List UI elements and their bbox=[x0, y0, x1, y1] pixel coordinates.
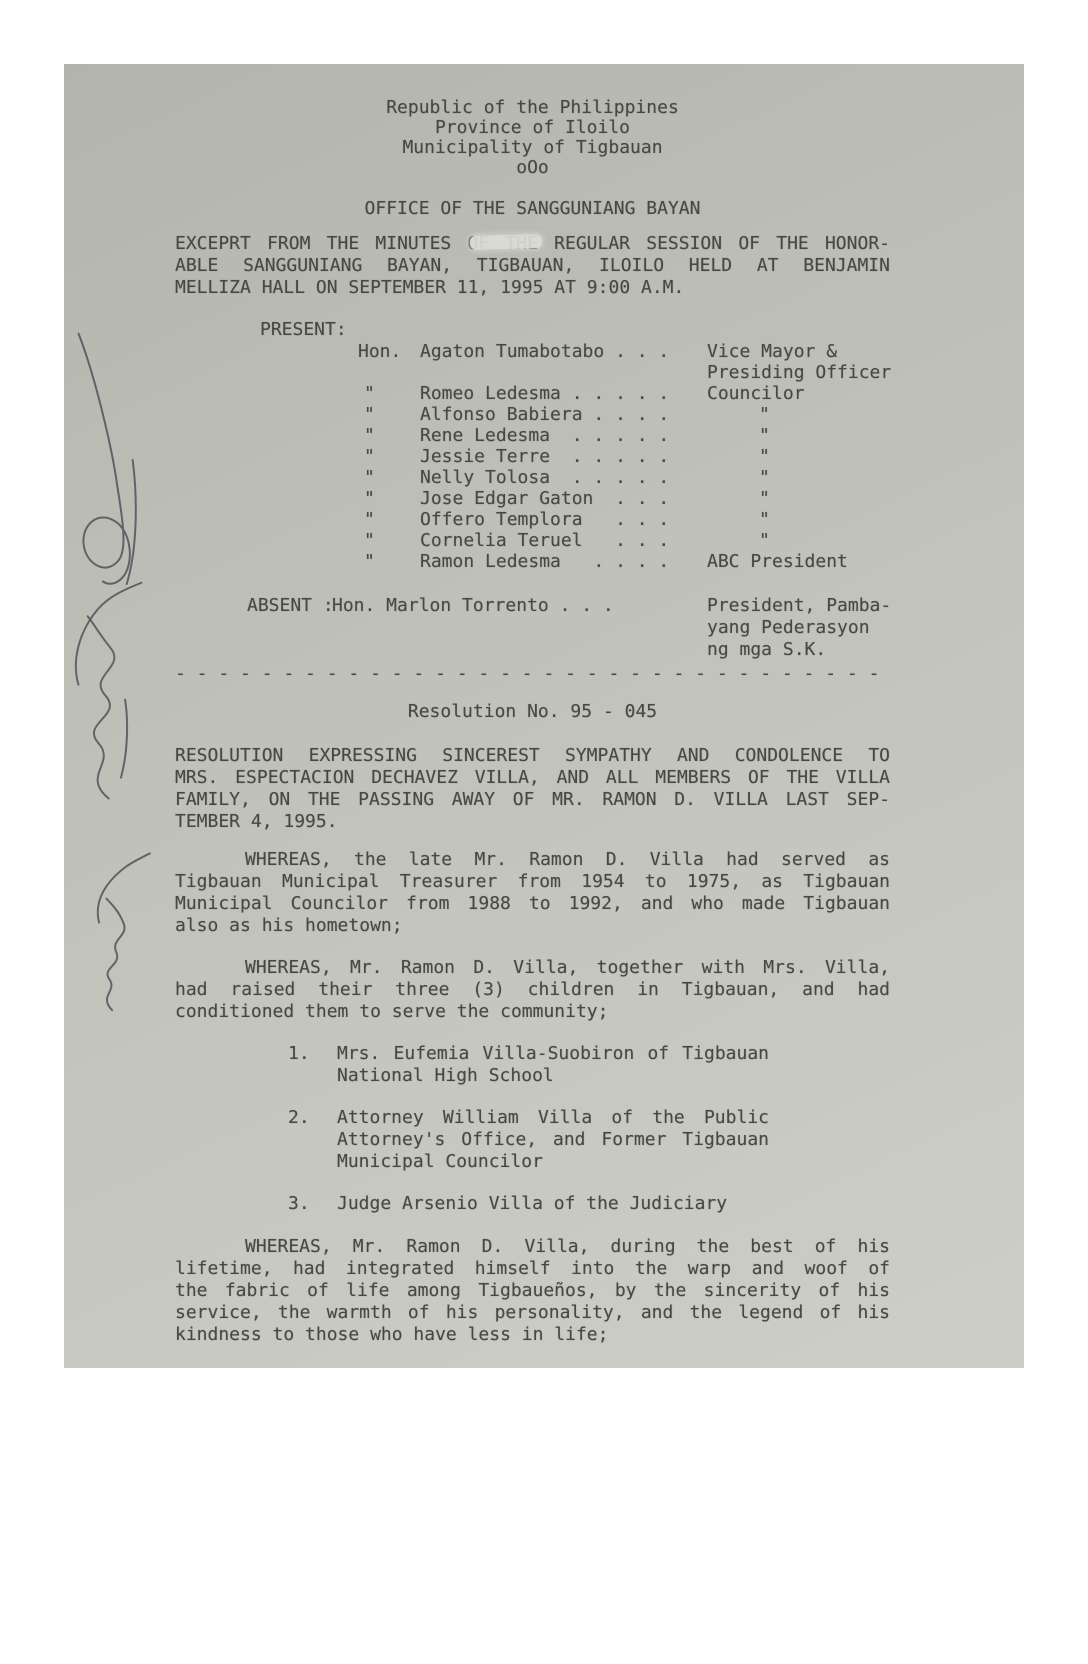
list-item-line: Attorney William Villa of the Public bbox=[337, 1107, 769, 1129]
margin-signature-top-icon bbox=[45, 321, 164, 609]
attendee-name: Alfonso Babiera . . . . bbox=[420, 404, 707, 425]
absent-row: ng mga S.K. bbox=[247, 639, 890, 661]
margin-signature-bottom-icon bbox=[68, 841, 157, 1019]
excerpt-line: MELLIZA HALL ON SEPTEMBER 11, 1995 AT 9:… bbox=[175, 277, 890, 299]
attendee-role: ABC President bbox=[707, 551, 848, 572]
resolution-title-line: RESOLUTION EXPRESSING SINCEREST SYMPATHY… bbox=[175, 745, 890, 767]
letterhead-line: Province of Iloilo bbox=[175, 118, 890, 138]
list-item-line: Judge Arsenio Villa of the Judiciary bbox=[337, 1193, 769, 1215]
list-item-line: National High School bbox=[337, 1065, 769, 1087]
attendee-name: Rene Ledesma . . . . . bbox=[420, 425, 707, 446]
whereas-paragraph-1: WHEREAS, the late Mr. Ramon D. Villa had… bbox=[175, 849, 890, 937]
absent-role: ng mga S.K. bbox=[707, 639, 826, 661]
paragraph-line: lifetime, had integrated himself into th… bbox=[175, 1258, 890, 1280]
excerpt-line: ABLE SANGGUNIANG BAYAN, TIGBAUAN, ILOILO… bbox=[175, 255, 890, 277]
attendee-role: Councilor bbox=[707, 383, 805, 404]
list-item-line: Mrs. Eufemia Villa-Suobiron of Tigbauan bbox=[337, 1043, 769, 1065]
attendee-name: Romeo Ledesma . . . . . bbox=[420, 383, 707, 404]
absent-label: ABSENT : bbox=[247, 595, 332, 617]
margin-signature-middle-icon bbox=[48, 571, 152, 808]
paragraph-line: kindness to those who have less in life; bbox=[175, 1324, 890, 1346]
letterhead: Republic of the Philippines Province of … bbox=[175, 98, 890, 178]
attendee-row: " Offero Templora . . . " bbox=[358, 509, 890, 530]
office-title: OFFICE OF THE SANGGUNIANG BAYAN bbox=[175, 198, 890, 220]
attendee-row: " Jessie Terre . . . . . " bbox=[358, 446, 890, 467]
resolution-title-line: MRS. ESPECTACION DECHAVEZ VILLA, AND ALL… bbox=[175, 767, 890, 789]
attendee-title: " bbox=[358, 530, 420, 551]
present-label: PRESENT: bbox=[260, 319, 890, 341]
attendee-name: Jose Edgar Gaton . . . bbox=[420, 488, 707, 509]
attendee-role-ditto: " bbox=[707, 488, 770, 509]
attendee-title: " bbox=[358, 446, 420, 467]
absent-name: Hon. Marlon Torrento . . . bbox=[332, 595, 707, 617]
attendee-row: Presiding Officer bbox=[358, 362, 890, 383]
paragraph-line: Tigbauan Municipal Treasurer from 1954 t… bbox=[175, 871, 890, 893]
attendee-row: " Ramon Ledesma . . . . ABC President bbox=[358, 551, 890, 572]
dashed-divider: - - - - - - - - - - - - - - - - - - - - … bbox=[175, 663, 890, 685]
paragraph-line: had raised their three (3) children in T… bbox=[175, 979, 890, 1001]
child-list-item: 1. Mrs. Eufemia Villa-Suobiron of Tigbau… bbox=[288, 1043, 890, 1087]
paragraph-line: WHEREAS, Mr. Ramon D. Villa, together wi… bbox=[175, 957, 890, 979]
paragraph-line: conditioned them to serve the community; bbox=[175, 1001, 890, 1023]
list-number: 2. bbox=[288, 1107, 337, 1173]
absent-row: ABSENT : Hon. Marlon Torrento . . . Pres… bbox=[247, 595, 890, 617]
attendee-role-ditto: " bbox=[707, 467, 770, 488]
attendee-role: Presiding Officer bbox=[707, 362, 891, 383]
attendee-title: " bbox=[358, 404, 420, 425]
attendee-title: " bbox=[358, 488, 420, 509]
list-item-line: Municipal Councilor bbox=[337, 1151, 769, 1173]
paragraph-line: the fabric of life among Tigbaueños, by … bbox=[175, 1280, 890, 1302]
attendee-title: " bbox=[358, 383, 420, 404]
absent-role: President, Pamba- bbox=[707, 595, 891, 617]
attendee-role-ditto: " bbox=[707, 404, 770, 425]
attendee-role-ditto: " bbox=[707, 509, 770, 530]
attendee-row: " Rene Ledesma . . . . . " bbox=[358, 425, 890, 446]
attendee-name: Agaton Tumabotabo . . . bbox=[420, 341, 707, 362]
attendee-row: " Cornelia Teruel . . . " bbox=[358, 530, 890, 551]
attendee-role-ditto: " bbox=[707, 530, 770, 551]
resolution-title-line: FAMILY, ON THE PASSING AWAY OF MR. RAMON… bbox=[175, 789, 890, 811]
attendee-name: Nelly Tolosa . . . . . bbox=[420, 467, 707, 488]
attendee-role: Vice Mayor & bbox=[707, 341, 837, 362]
whereas-paragraph-3: WHEREAS, Mr. Ramon D. Villa, during the … bbox=[175, 1236, 890, 1346]
attendee-title: " bbox=[358, 509, 420, 530]
attendee-row: " Nelly Tolosa . . . . . " bbox=[358, 467, 890, 488]
resolution-title: RESOLUTION EXPRESSING SINCEREST SYMPATHY… bbox=[175, 745, 890, 833]
whereas-paragraph-2: WHEREAS, Mr. Ramon D. Villa, together wi… bbox=[175, 957, 890, 1023]
paragraph-line: Municipal Councilor from 1988 to 1992, a… bbox=[175, 893, 890, 915]
resolution-title-line: TEMBER 4, 1995. bbox=[175, 811, 890, 833]
child-list-item: 3. Judge Arsenio Villa of the Judiciary bbox=[288, 1193, 890, 1215]
attendee-title: " bbox=[358, 425, 420, 446]
list-number: 3. bbox=[288, 1193, 337, 1215]
resolution-number: Resolution No. 95 - 045 bbox=[175, 701, 890, 723]
attendee-name: Cornelia Teruel . . . bbox=[420, 530, 707, 551]
paragraph-line: also as his hometown; bbox=[175, 915, 890, 937]
attendee-role-ditto: " bbox=[707, 425, 770, 446]
attendee-title: " bbox=[358, 551, 420, 572]
attendee-name: Jessie Terre . . . . . bbox=[420, 446, 707, 467]
absent-role: yang Pederasyon bbox=[707, 617, 870, 639]
list-number: 1. bbox=[288, 1043, 337, 1087]
attendee-list: Hon. Agaton Tumabotabo . . . Vice Mayor … bbox=[175, 341, 890, 572]
attendee-role-ditto: " bbox=[707, 446, 770, 467]
attendee-row: " Romeo Ledesma . . . . . Councilor bbox=[358, 383, 890, 404]
attendee-title: " bbox=[358, 467, 420, 488]
attendee-title: Hon. bbox=[358, 341, 420, 362]
absent-row: yang Pederasyon bbox=[247, 617, 890, 639]
document-page: Republic of the Philippines Province of … bbox=[64, 64, 1024, 1368]
attendee-row: Hon. Agaton Tumabotabo . . . Vice Mayor … bbox=[358, 341, 890, 362]
attendee-row: " Jose Edgar Gaton . . . " bbox=[358, 488, 890, 509]
paragraph-line: WHEREAS, Mr. Ramon D. Villa, during the … bbox=[175, 1236, 890, 1258]
child-list-item: 2. Attorney William Villa of the Public … bbox=[288, 1107, 890, 1173]
letterhead-line: Republic of the Philippines bbox=[175, 98, 890, 118]
letterhead-line: Municipality of Tigbauan bbox=[175, 138, 890, 158]
letterhead-separator: oOo bbox=[175, 158, 890, 178]
attendee-row: " Alfonso Babiera . . . . " bbox=[358, 404, 890, 425]
attendee-name: Ramon Ledesma . . . . bbox=[420, 551, 707, 572]
paragraph-line: WHEREAS, the late Mr. Ramon D. Villa had… bbox=[175, 849, 890, 871]
paragraph-line: service, the warmth of his personality, … bbox=[175, 1302, 890, 1324]
attendee-name: Offero Templora . . . bbox=[420, 509, 707, 530]
whiteout-smudge bbox=[470, 234, 542, 250]
list-item-line: Attorney's Office, and Former Tigbauan bbox=[337, 1129, 769, 1151]
absent-block: ABSENT : Hon. Marlon Torrento . . . Pres… bbox=[175, 595, 890, 661]
